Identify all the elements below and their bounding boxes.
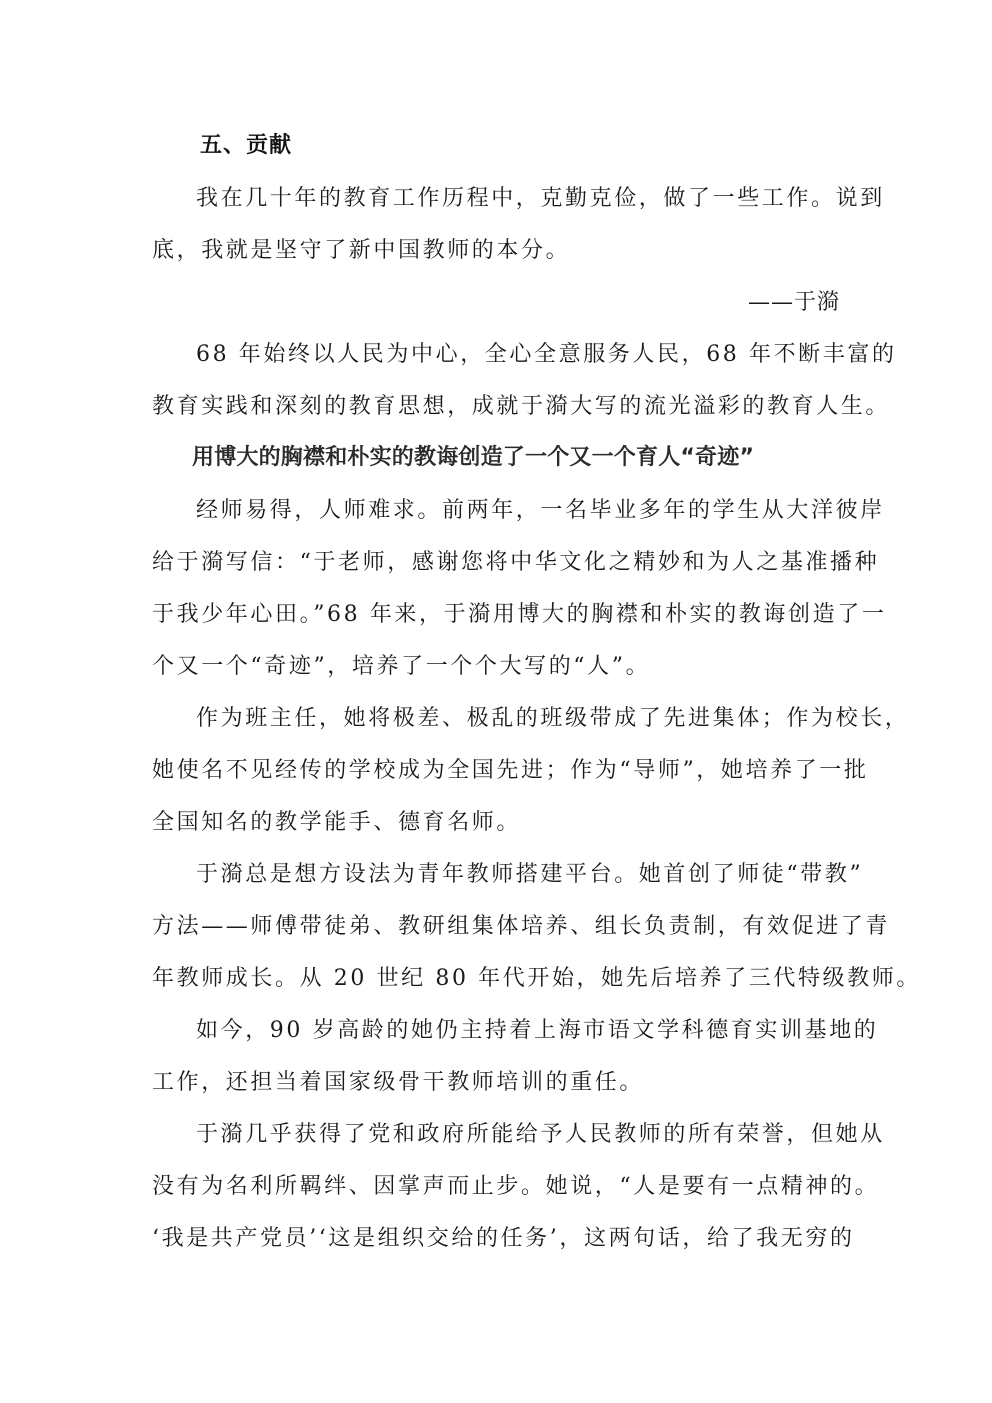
- quote-attribution: ——于漪: [748, 288, 840, 318]
- quote-line: 我在几十年的教育工作历程中，克勤克俭，做了一些工作。说到: [196, 184, 840, 214]
- paragraph-line: 方法——师傅带徒弟、教研组集体培养、组长负责制，有效促进了青: [152, 912, 840, 942]
- paragraph-line: 她使名不见经传的学校成为全国先进；作为“导师”，她培养了一批: [152, 756, 840, 786]
- paragraph-line: 给于漪写信：“于老师，感谢您将中华文化之精妙和为人之基准播种: [152, 548, 840, 578]
- quote-line: 底，我就是坚守了新中国教师的本分。: [152, 236, 840, 266]
- paragraph-line: 于漪几乎获得了党和政府所能给予人民教师的所有荣誉，但她从: [196, 1120, 840, 1150]
- subheading: 用博大的胸襟和朴实的教诲创造了一个又一个育人“奇迹”: [192, 443, 754, 473]
- intro-line: 68 年始终以人民为中心，全心全意服务人民，68 年不断丰富的: [196, 340, 840, 370]
- paragraph-line: 于我少年心田。”68 年来，于漪用博大的胸襟和朴实的教诲创造了一: [152, 600, 840, 630]
- paragraph-line: 工作，还担当着国家级骨干教师培训的重任。: [152, 1068, 840, 1098]
- paragraph-line: 作为班主任，她将极差、极乱的班级带成了先进集体；作为校长，: [196, 704, 840, 734]
- section-heading: 五、贡献: [200, 131, 292, 161]
- document-page: 五、贡献 我在几十年的教育工作历程中，克勤克俭，做了一些工作。说到 底，我就是坚…: [0, 0, 992, 1403]
- paragraph-line: 没有为名利所羁绊、因掌声而止步。她说，“人是要有一点精神的。: [152, 1172, 840, 1202]
- paragraph-line: 个又一个“奇迹”，培养了一个个大写的“人”。: [152, 652, 840, 682]
- paragraph-line: 如今，90 岁高龄的她仍主持着上海市语文学科德育实训基地的: [196, 1016, 840, 1046]
- paragraph-line: ‘我是共产党员’‘这是组织交给的任务’，这两句话，给了我无穷的: [152, 1224, 840, 1254]
- paragraph-line: 全国知名的教学能手、德育名师。: [152, 808, 840, 838]
- paragraph-line: 经师易得，人师难求。前两年，一名毕业多年的学生从大洋彼岸: [196, 496, 840, 526]
- intro-line: 教育实践和深刻的教育思想，成就于漪大写的流光溢彩的教育人生。: [152, 392, 840, 422]
- paragraph-line: 年教师成长。从 20 世纪 80 年代开始，她先后培养了三代特级教师。: [152, 964, 840, 994]
- paragraph-line: 于漪总是想方设法为青年教师搭建平台。她首创了师徒“带教”: [196, 860, 840, 890]
